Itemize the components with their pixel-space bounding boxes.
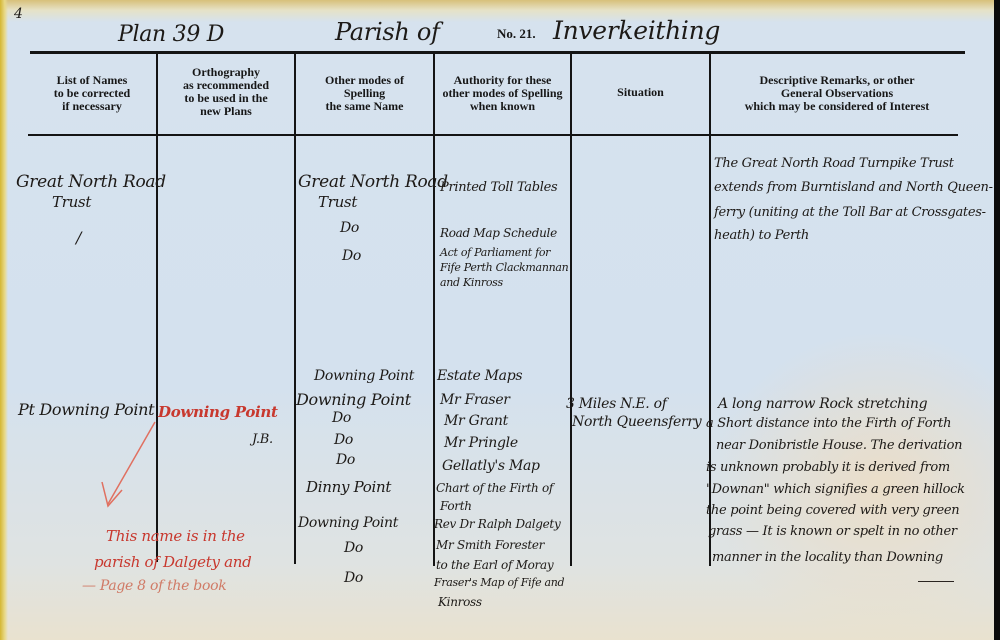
remark-line: ferry (uniting at the Toll Bar at Crossg… — [714, 205, 986, 220]
authority: Estate Maps — [437, 368, 522, 384]
header-top-rule — [30, 51, 965, 54]
situation-line: North Queensferry — [572, 414, 701, 430]
authority: Chart of the Firth of — [436, 481, 553, 495]
authority: Mr Fraser — [440, 392, 510, 408]
remark-line: near Donibristle House. The derivation — [716, 438, 962, 453]
entry-name: Trust — [52, 193, 91, 211]
authority: Printed Toll Tables — [440, 180, 557, 195]
other-spelling: Downing Point — [296, 390, 411, 409]
header-situation: Situation — [572, 86, 709, 99]
other-spelling: Do — [344, 570, 363, 586]
parish-name: Inverkeithing — [553, 16, 720, 45]
remark-line: The Great North Road Turnpike Trust — [714, 156, 954, 171]
column-divider-2 — [294, 52, 296, 564]
other-spelling: Downing Point — [298, 515, 398, 531]
other-spelling: Do — [342, 248, 361, 264]
recommended-orthography: Downing Point — [158, 403, 278, 421]
remark-line: manner in the locality than Downing — [712, 550, 943, 565]
red-arrow-icon — [100, 420, 160, 510]
authority: Rev Dr Ralph Dalgety — [434, 517, 560, 531]
header-descriptive-remarks: Descriptive Remarks, or otherGeneral Obs… — [712, 74, 962, 113]
authority: Forth — [440, 499, 472, 513]
name-book-page: 4 Plan 39 D Parish of No. 21. Inverkeith… — [0, 0, 1000, 640]
remark-line: heath) to Perth — [714, 228, 809, 243]
remark-line: is unknown probably it is derived from — [706, 460, 950, 475]
other-spelling: Great North Road — [298, 172, 448, 192]
authority: Kinross — [438, 595, 482, 609]
remark-line: a Short distance into the Firth of Forth — [706, 416, 951, 431]
other-spelling: Dinny Point — [306, 478, 391, 496]
initials: J.B. — [252, 432, 273, 447]
remark-end-flourish — [918, 581, 954, 582]
header-authority: Authority for theseother modes of Spelli… — [435, 74, 570, 113]
tick-mark: / — [76, 228, 81, 247]
authority: Mr Grant — [444, 413, 508, 429]
remark-line: the point being covered with very green — [706, 503, 959, 518]
remark-line: "Downan" which signifies a green hillock — [706, 482, 965, 497]
authority: and Kinross — [440, 276, 503, 289]
other-spelling: Trust — [318, 193, 357, 211]
corner-mark: 4 — [14, 6, 23, 22]
other-spelling: Do — [336, 452, 355, 468]
authority: Mr Pringle — [444, 435, 518, 451]
entry-name: Great North Road — [16, 172, 166, 192]
header-other-modes: Other modes ofSpellingthe same Name — [296, 74, 433, 113]
authority: Road Map Schedule — [440, 226, 557, 240]
authority: Mr Smith Forester — [436, 538, 544, 552]
page-number: No. 21. — [497, 27, 536, 40]
header-bottom-rule — [28, 134, 958, 136]
authority: Act of Parliament for — [440, 246, 550, 259]
other-spelling: Downing Point — [314, 368, 414, 384]
situation-line: 3 Miles N.E. of — [566, 396, 667, 412]
header-list-of-names: List of Namesto be correctedif necessary — [30, 74, 154, 113]
column-divider-4 — [570, 52, 572, 566]
other-spelling: Do — [334, 432, 353, 448]
remark-line: grass — It is known or spelt in no other — [708, 524, 957, 539]
other-spelling: Do — [344, 540, 363, 556]
other-spelling: Do — [332, 410, 351, 426]
red-note-line: — Page 8 of the book — [82, 578, 226, 594]
other-spelling: Do — [340, 220, 359, 236]
authority: Fife Perth Clackmannan — [440, 261, 568, 274]
remark-line: A long narrow Rock stretching — [718, 396, 927, 412]
authority: to the Earl of Moray — [436, 558, 553, 572]
red-note-line: parish of Dalgety and — [94, 553, 251, 571]
parish-label: Parish of — [335, 18, 440, 46]
plan-reference: Plan 39 D — [118, 22, 224, 47]
entry-name: Pt Downing Point — [18, 400, 154, 419]
authority: Fraser's Map of Fife and — [434, 576, 564, 589]
column-divider-3 — [433, 52, 435, 566]
remark-line: extends from Burntisland and North Queen… — [714, 180, 993, 195]
red-note-line: This name is in the — [106, 527, 245, 545]
header-orthography: Orthographyas recommendedto be used in t… — [158, 66, 294, 118]
authority: Gellatly's Map — [442, 458, 540, 474]
